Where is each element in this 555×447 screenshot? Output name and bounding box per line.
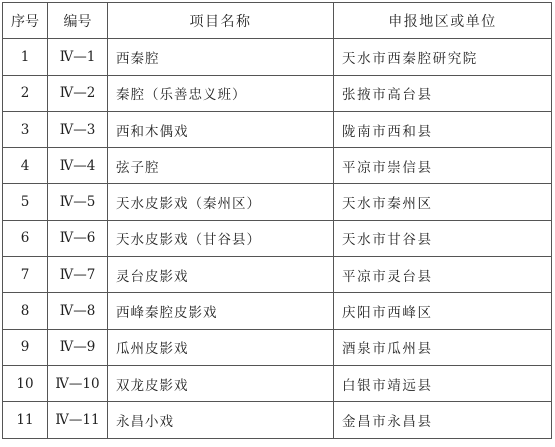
header-project-name: 项目名称 <box>108 3 334 39</box>
cell-index: 2 <box>3 75 48 111</box>
cell-code: Ⅳ—6 <box>48 220 108 256</box>
header-index: 序号 <box>3 3 48 39</box>
cell-project-name: 天水皮影戏（甘谷县） <box>108 220 334 256</box>
cell-project-name: 弦子腔 <box>108 148 334 184</box>
cell-index: 5 <box>3 184 48 220</box>
table-row: 3 Ⅳ—3 西和木偶戏 陇南市西和县 <box>3 111 552 147</box>
cell-index: 3 <box>3 111 48 147</box>
cell-project-name: 秦腔（乐善忠义班） <box>108 75 334 111</box>
cell-region: 天水市甘谷县 <box>334 220 552 256</box>
table-row: 4 Ⅳ—4 弦子腔 平凉市崇信县 <box>3 148 552 184</box>
cell-code: Ⅳ—1 <box>48 39 108 75</box>
cell-project-name: 西峰秦腔皮影戏 <box>108 293 334 329</box>
cell-code: Ⅳ—10 <box>48 365 108 401</box>
cell-region: 平凉市灵台县 <box>334 257 552 293</box>
cell-project-name: 永昌小戏 <box>108 402 334 438</box>
cell-region: 白银市靖远县 <box>334 365 552 401</box>
cell-code: Ⅳ—5 <box>48 184 108 220</box>
cell-project-name: 西秦腔 <box>108 39 334 75</box>
cell-index: 4 <box>3 148 48 184</box>
cell-code: Ⅳ—4 <box>48 148 108 184</box>
table-row: 10 Ⅳ—10 双龙皮影戏 白银市靖远县 <box>3 365 552 401</box>
cell-region: 天水市秦州区 <box>334 184 552 220</box>
table-row: 6 Ⅳ—6 天水皮影戏（甘谷县） 天水市甘谷县 <box>3 220 552 256</box>
cell-project-name: 西和木偶戏 <box>108 111 334 147</box>
cell-index: 8 <box>3 293 48 329</box>
cell-project-name: 灵台皮影戏 <box>108 257 334 293</box>
table-row: 2 Ⅳ—2 秦腔（乐善忠义班） 张掖市高台县 <box>3 75 552 111</box>
cell-code: Ⅳ—3 <box>48 111 108 147</box>
cell-code: Ⅳ—9 <box>48 329 108 365</box>
cell-region: 金昌市永昌县 <box>334 402 552 438</box>
cell-index: 6 <box>3 220 48 256</box>
cell-index: 11 <box>3 402 48 438</box>
cell-project-name: 天水皮影戏（秦州区） <box>108 184 334 220</box>
table-row: 8 Ⅳ—8 西峰秦腔皮影戏 庆阳市西峰区 <box>3 293 552 329</box>
cell-region: 平凉市崇信县 <box>334 148 552 184</box>
table-row: 7 Ⅳ—7 灵台皮影戏 平凉市灵台县 <box>3 257 552 293</box>
cell-region: 庆阳市西峰区 <box>334 293 552 329</box>
cell-project-name: 双龙皮影戏 <box>108 365 334 401</box>
heritage-project-table: 序号 编号 项目名称 申报地区或单位 1 Ⅳ—1 西秦腔 天水市西秦腔研究院 2… <box>2 2 552 439</box>
table-row: 5 Ⅳ—5 天水皮影戏（秦州区） 天水市秦州区 <box>3 184 552 220</box>
table-row: 1 Ⅳ—1 西秦腔 天水市西秦腔研究院 <box>3 39 552 75</box>
cell-project-name: 瓜州皮影戏 <box>108 329 334 365</box>
cell-region: 天水市西秦腔研究院 <box>334 39 552 75</box>
cell-code: Ⅳ—2 <box>48 75 108 111</box>
table-row: 11 Ⅳ—11 永昌小戏 金昌市永昌县 <box>3 402 552 438</box>
header-region: 申报地区或单位 <box>334 3 552 39</box>
cell-region: 陇南市西和县 <box>334 111 552 147</box>
cell-index: 10 <box>3 365 48 401</box>
table-row: 9 Ⅳ—9 瓜州皮影戏 酒泉市瓜州县 <box>3 329 552 365</box>
cell-code: Ⅳ—8 <box>48 293 108 329</box>
table-header-row: 序号 编号 项目名称 申报地区或单位 <box>3 3 552 39</box>
cell-index: 9 <box>3 329 48 365</box>
cell-index: 1 <box>3 39 48 75</box>
cell-code: Ⅳ—7 <box>48 257 108 293</box>
cell-region: 酒泉市瓜州县 <box>334 329 552 365</box>
cell-index: 7 <box>3 257 48 293</box>
header-code: 编号 <box>48 3 108 39</box>
cell-code: Ⅳ—11 <box>48 402 108 438</box>
cell-region: 张掖市高台县 <box>334 75 552 111</box>
